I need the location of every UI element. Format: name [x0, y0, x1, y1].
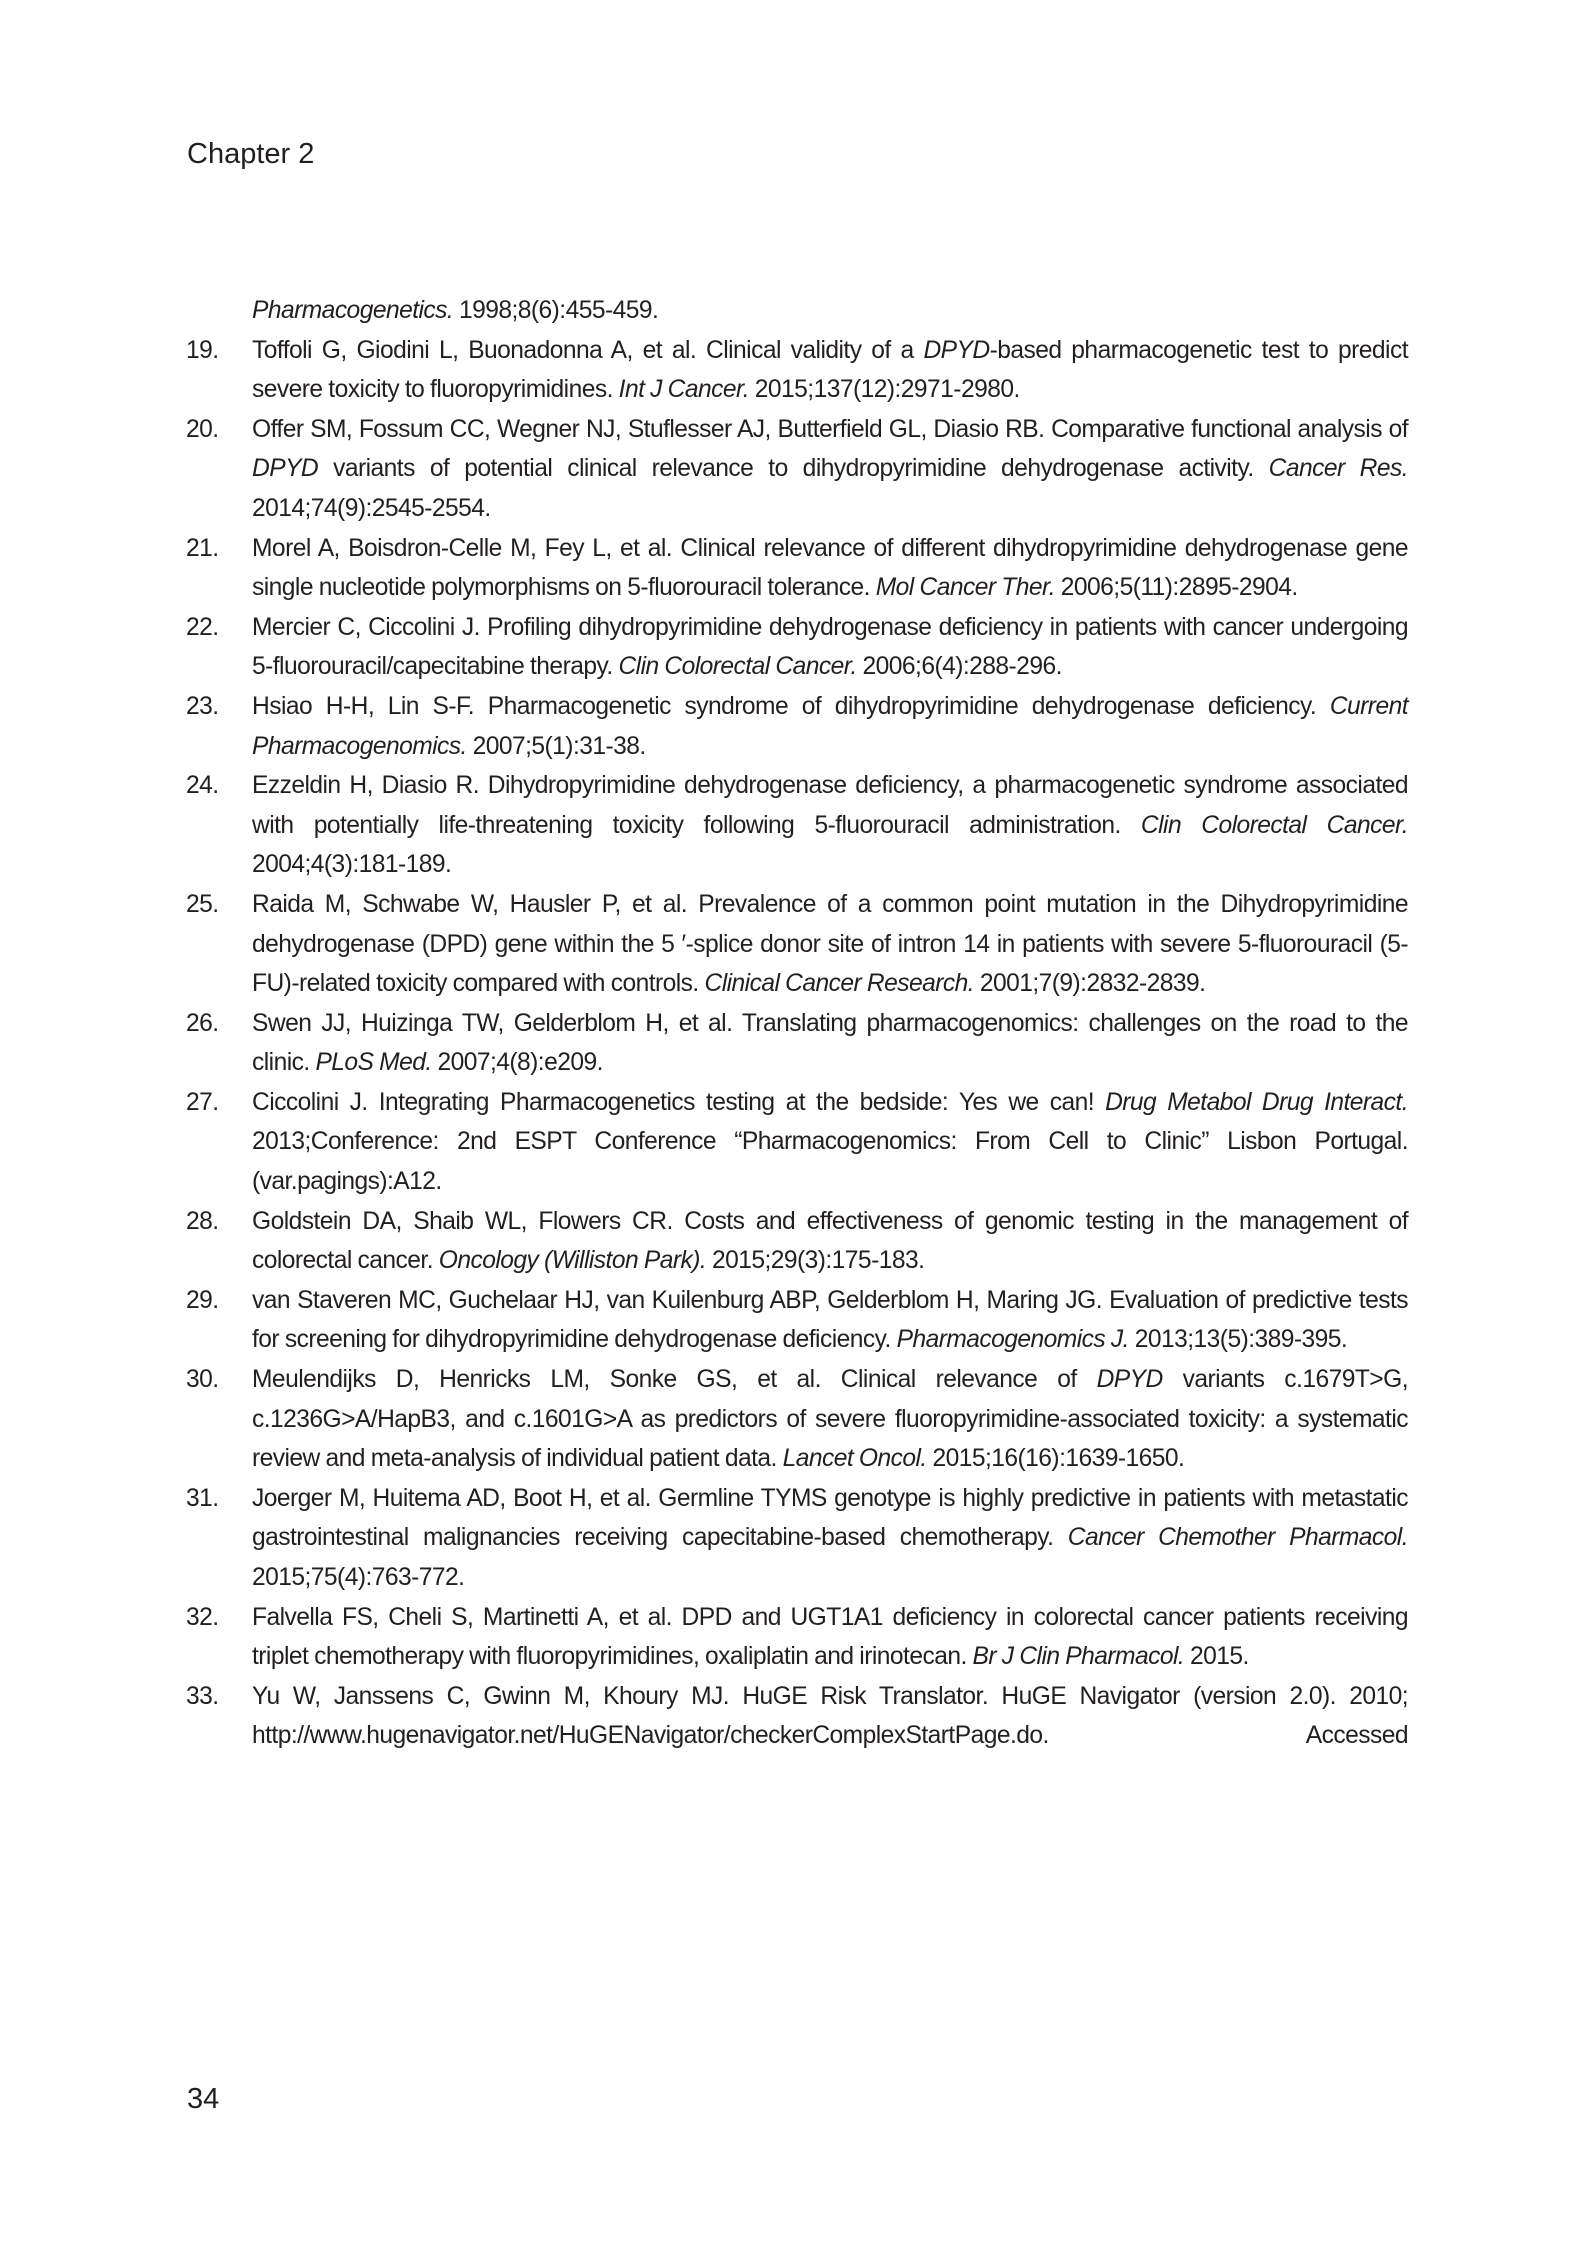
reference-list: Pharmacogenetics. 1998;8(6):455-459.19.T… [186, 291, 1408, 1756]
journal-title: Pharmacogenomics J. [897, 1326, 1129, 1353]
citation-text: 2004;4(3):181-189. [252, 851, 451, 878]
citation-text: 2015;75(4):763-772. [252, 1564, 464, 1591]
reference-text: Ciccolini J. Integrating Pharmacogenetic… [252, 1083, 1408, 1202]
journal-title: Clinical Cancer Research. [705, 970, 975, 997]
journal-title: Int J Cancer. [619, 376, 749, 403]
reference-item: 21.Morel A, Boisdron-Celle M, Fey L, et … [186, 529, 1408, 608]
reference-item: 19.Toffoli G, Giodini L, Buonadonna A, e… [186, 331, 1408, 410]
citation-text: Yu W, Janssens C, Gwinn M, Khoury MJ. Hu… [252, 1683, 1408, 1750]
reference-number: 27. [186, 1083, 252, 1123]
reference-item: 25.Raida M, Schwabe W, Hausler P, et al.… [186, 885, 1408, 1004]
reference-text: Hsiao H-H, Lin S-F. Pharmacogenetic synd… [252, 687, 1408, 766]
journal-title: Clin Colorectal Cancer. [618, 653, 856, 680]
reference-number: 32. [186, 1598, 252, 1638]
running-head: Chapter 2 [187, 137, 314, 171]
citation-text: 2006;6(4):288-296. [857, 653, 1062, 680]
reference-number: 22. [186, 608, 252, 648]
reference-number: 23. [186, 687, 252, 727]
journal-title: Oncology (Williston Park). [439, 1247, 706, 1274]
reference-number: 19. [186, 331, 252, 371]
reference-item: 28.Goldstein DA, Shaib WL, Flowers CR. C… [186, 1202, 1408, 1281]
journal-title: Pharmacogenetics. [252, 297, 453, 324]
citation-text: 2001;7(9):2832-2839. [974, 970, 1205, 997]
journal-title: Drug Metabol Drug Interact. [1105, 1089, 1408, 1116]
journal-title: Clin Colorectal Cancer. [1141, 812, 1408, 839]
reference-text: Meulendijks D, Henricks LM, Sonke GS, et… [252, 1360, 1408, 1479]
reference-number: 24. [186, 766, 252, 806]
reference-number: 21. [186, 529, 252, 569]
reference-text: van Staveren MC, Guchelaar HJ, van Kuile… [252, 1281, 1408, 1360]
reference-text: Goldstein DA, Shaib WL, Flowers CR. Cost… [252, 1202, 1408, 1281]
citation-text: 2007;4(8):e209. [432, 1049, 603, 1076]
reference-text: Morel A, Boisdron-Celle M, Fey L, et al.… [252, 529, 1408, 608]
citation-text: 2013;Conference: 2nd ESPT Conference “Ph… [252, 1128, 1408, 1195]
reference-item: 27.Ciccolini J. Integrating Pharmacogene… [186, 1083, 1408, 1202]
reference-text: Offer SM, Fossum CC, Wegner NJ, Stufless… [252, 410, 1408, 529]
citation-text: 2015;29(3):175-183. [706, 1247, 924, 1274]
journal-title: DPYD [923, 337, 989, 364]
journal-title: Cancer Res. [1269, 455, 1408, 482]
citation-text: 2006;5(11):2895-2904. [1055, 574, 1298, 601]
journal-title: Br J Clin Pharmacol. [973, 1643, 1185, 1670]
journal-title: Mol Cancer Ther. [876, 574, 1055, 601]
citation-text: Toffoli G, Giodini L, Buonadonna A, et a… [252, 337, 923, 364]
reference-number: 28. [186, 1202, 252, 1242]
journal-title: DPYD [1097, 1366, 1163, 1393]
reference-number: 33. [186, 1677, 252, 1717]
reference-text: Pharmacogenetics. 1998;8(6):455-459. [252, 291, 1408, 331]
reference-number: 30. [186, 1360, 252, 1400]
reference-item: 23.Hsiao H-H, Lin S-F. Pharmacogenetic s… [186, 687, 1408, 766]
journal-title: PLoS Med. [315, 1049, 431, 1076]
reference-item: 24.Ezzeldin H, Diasio R. Dihydropyrimidi… [186, 766, 1408, 885]
reference-text: Ezzeldin H, Diasio R. Dihydropyrimidine … [252, 766, 1408, 885]
reference-text: Toffoli G, Giodini L, Buonadonna A, et a… [252, 331, 1408, 410]
citation-text: 2013;13(5):389-395. [1129, 1326, 1347, 1353]
page-number: 34 [187, 2082, 219, 2116]
reference-item: 33.Yu W, Janssens C, Gwinn M, Khoury MJ.… [186, 1677, 1408, 1756]
reference-text: Yu W, Janssens C, Gwinn M, Khoury MJ. Hu… [252, 1677, 1408, 1756]
reference-text: Mercier C, Ciccolini J. Profiling dihydr… [252, 608, 1408, 687]
citation-text: Ciccolini J. Integrating Pharmacogenetic… [252, 1089, 1105, 1116]
reference-item: 22.Mercier C, Ciccolini J. Profiling dih… [186, 608, 1408, 687]
reference-text: Swen JJ, Huizinga TW, Gelderblom H, et a… [252, 1004, 1408, 1083]
reference-item: 29.van Staveren MC, Guchelaar HJ, van Ku… [186, 1281, 1408, 1360]
citation-text: Meulendijks D, Henricks LM, Sonke GS, et… [252, 1366, 1097, 1393]
citation-text: 2015. [1184, 1643, 1249, 1670]
reference-item: 20.Offer SM, Fossum CC, Wegner NJ, Stufl… [186, 410, 1408, 529]
citation-text: variants of potential clinical relevance… [318, 455, 1269, 482]
reference-text: Raida M, Schwabe W, Hausler P, et al. Pr… [252, 885, 1408, 1004]
citation-text: 2014;74(9):2545-2554. [252, 495, 491, 522]
reference-number: 29. [186, 1281, 252, 1321]
journal-title: Cancer Chemother Pharmacol. [1068, 1524, 1408, 1551]
citation-text: 1998;8(6):455-459. [453, 297, 658, 324]
citation-text: Hsiao H-H, Lin S-F. Pharmacogenetic synd… [252, 693, 1330, 720]
reference-item: 26.Swen JJ, Huizinga TW, Gelderblom H, e… [186, 1004, 1408, 1083]
reference-item: 32.Falvella FS, Cheli S, Martinetti A, e… [186, 1598, 1408, 1677]
citation-text: 2007;5(1):31-38. [467, 733, 646, 760]
journal-title: Lancet Oncol. [783, 1445, 927, 1472]
reference-number: 20. [186, 410, 252, 450]
reference-number: 31. [186, 1479, 252, 1519]
reference-number: 25. [186, 885, 252, 925]
reference-number: 26. [186, 1004, 252, 1044]
citation-text: 2015;16(16):1639-1650. [927, 1445, 1185, 1472]
citation-text: 2015;137(12):2971-2980. [749, 376, 1020, 403]
reference-item: 30.Meulendijks D, Henricks LM, Sonke GS,… [186, 1360, 1408, 1479]
citation-text: Offer SM, Fossum CC, Wegner NJ, Stufless… [252, 416, 1408, 443]
reference-continuation: Pharmacogenetics. 1998;8(6):455-459. [186, 291, 1408, 331]
reference-text: Joerger M, Huitema AD, Boot H, et al. Ge… [252, 1479, 1408, 1598]
journal-title: DPYD [252, 455, 318, 482]
reference-item: 31.Joerger M, Huitema AD, Boot H, et al.… [186, 1479, 1408, 1598]
reference-text: Falvella FS, Cheli S, Martinetti A, et a… [252, 1598, 1408, 1677]
